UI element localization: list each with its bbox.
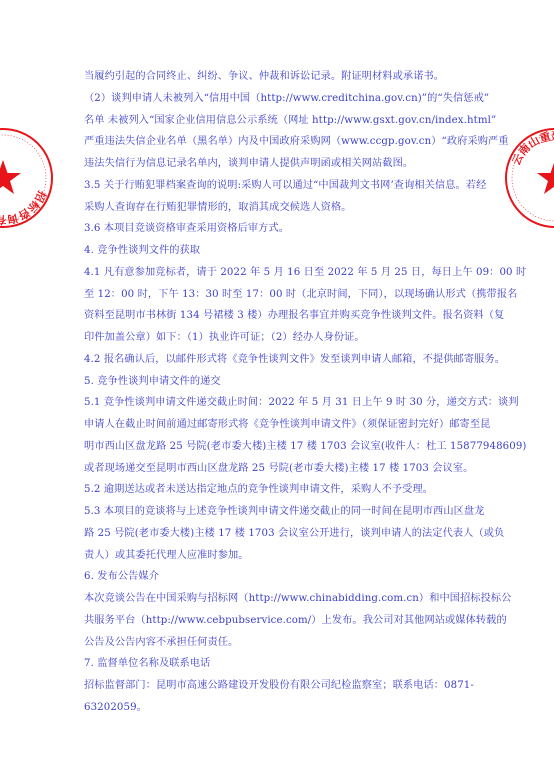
text-line: 本次竞谈公告在中国采购与招标网（http://www.chinabidding.…	[84, 588, 474, 610]
text-line: 路 25 号院(老市委大楼)主楼 17 楼 1703 会议室公开进行，谈判申请人…	[84, 523, 474, 545]
text-line: 5.3 本项目的竞谈将与上述竞争性谈判申请文件递交截止的同一时间在昆明市西山区盘…	[84, 501, 474, 523]
text-line: （2）谈判申请人未被列入“信用中国（http://www.creditchina…	[84, 88, 474, 110]
text-line: 申请人在截止时间前通过邮寄形式将《竞争性谈判申请文件》（须保证密封完好）邮寄至昆	[84, 414, 474, 436]
document-page: 当履约引起的合同终止、纠纷、争议、仲裁和诉讼记录。附证明材料或承诺书。 （2）谈…	[0, 0, 554, 783]
text-line: 印件加盖公章）如下：（1）执业许可证；（2）经办人身份证。	[84, 327, 474, 349]
text-line: 或者现场递交至昆明市西山区盘龙路 25 号院(老市委大楼)主楼 17 楼 170…	[84, 458, 474, 480]
text-line: 4.1 凡有意参加竞标者，请于 2022 年 5 月 16 日至 2022 年 …	[84, 262, 474, 284]
text-line: 采购人查询存在行贿犯罪情形的，取消其成交候选人资格。	[84, 197, 474, 219]
svg-text:云南山重建设工程: 云南山重建设工程	[509, 128, 554, 167]
company-seal-right: 云南山重建设工程	[505, 128, 554, 228]
text-line: 名单 未被列入“国家企业信用信息公示系统（网址 http://www.gsxt.…	[84, 110, 474, 132]
document-body: 当履约引起的合同终止、纠纷、争议、仲裁和诉讼记录。附证明材料或承诺书。 （2）谈…	[84, 66, 474, 719]
seal-text: 云南山重建设工程	[509, 128, 554, 167]
company-seal-left: 招标咨询有限公司	[0, 128, 53, 228]
text-line: 4.2 报名确认后，以邮件形式将《竞争性谈判文件》发至谈判申请人邮箱，不提供邮寄…	[84, 349, 474, 371]
section-heading: 4. 竞争性谈判文件的获取	[84, 240, 474, 262]
text-line: 63202059。	[84, 697, 474, 719]
text-line: 3.5 关于行贿犯罪档案查询的说明:采购人可以通过“中国裁判文书网’查询相关信息…	[84, 175, 474, 197]
seal-graphic: 云南山重建设工程	[505, 128, 554, 228]
text-line: 资料至昆明市书林街 134 号裙楼 3 楼）办理报名事宜并购买竞争性谈判文件。报…	[84, 305, 474, 327]
seal-text: 招标咨询有限公司	[0, 187, 49, 227]
text-line: 至 12：00 时，下午 13：30 时至 17：00 时（北京时间，下同），以…	[84, 284, 474, 306]
text-line: 5.1 竞争性谈判申请文件递交截止时间：2022 年 5 月 31 日上午 9 …	[84, 392, 474, 414]
svg-text:招标咨询有限公司: 招标咨询有限公司	[0, 187, 49, 227]
text-line: 责人）或其委托代理人应准时参加。	[84, 545, 474, 567]
seal-graphic: 招标咨询有限公司	[0, 128, 53, 228]
text-line: 明市西山区盘龙路 25 号院(老市委大楼)主楼 17 楼 1703 会议室(收件…	[84, 436, 474, 458]
section-heading: 5. 竞争性谈判申请文件的递交	[84, 371, 474, 393]
star-icon	[537, 160, 554, 194]
text-line: 5.2 逾期送达或者未送达指定地点的竞争性谈判申请文件，采购人不予受理。	[84, 479, 474, 501]
text-line: 公告及公告内容不承担任何责任。	[84, 632, 474, 654]
section-heading: 6. 发布公告媒介	[84, 566, 474, 588]
text-line: 违法失信行为信息记录名单内，谈判申请人提供声明函或相关网站截图。	[84, 153, 474, 175]
star-icon	[0, 160, 21, 194]
text-line: 招标监督部门：昆明市高速公路建设开发股份有限公司纪检监察室；联系电话：0871-	[84, 675, 474, 697]
section-heading: 7. 监督单位名称及联系电话	[84, 653, 474, 675]
text-line: 当履约引起的合同终止、纠纷、争议、仲裁和诉讼记录。附证明材料或承诺书。	[84, 66, 474, 88]
text-line: 严重违法失信企业名单（黑名单）内及中国政府采购网（www.ccgp.gov.cn…	[84, 131, 474, 153]
text-line: 3.6 本项目竞谈资格审查采用资格后审方式。	[84, 218, 474, 240]
text-line: 共服务平台（http://www.cebpubservice.com/）上发布。…	[84, 610, 474, 632]
